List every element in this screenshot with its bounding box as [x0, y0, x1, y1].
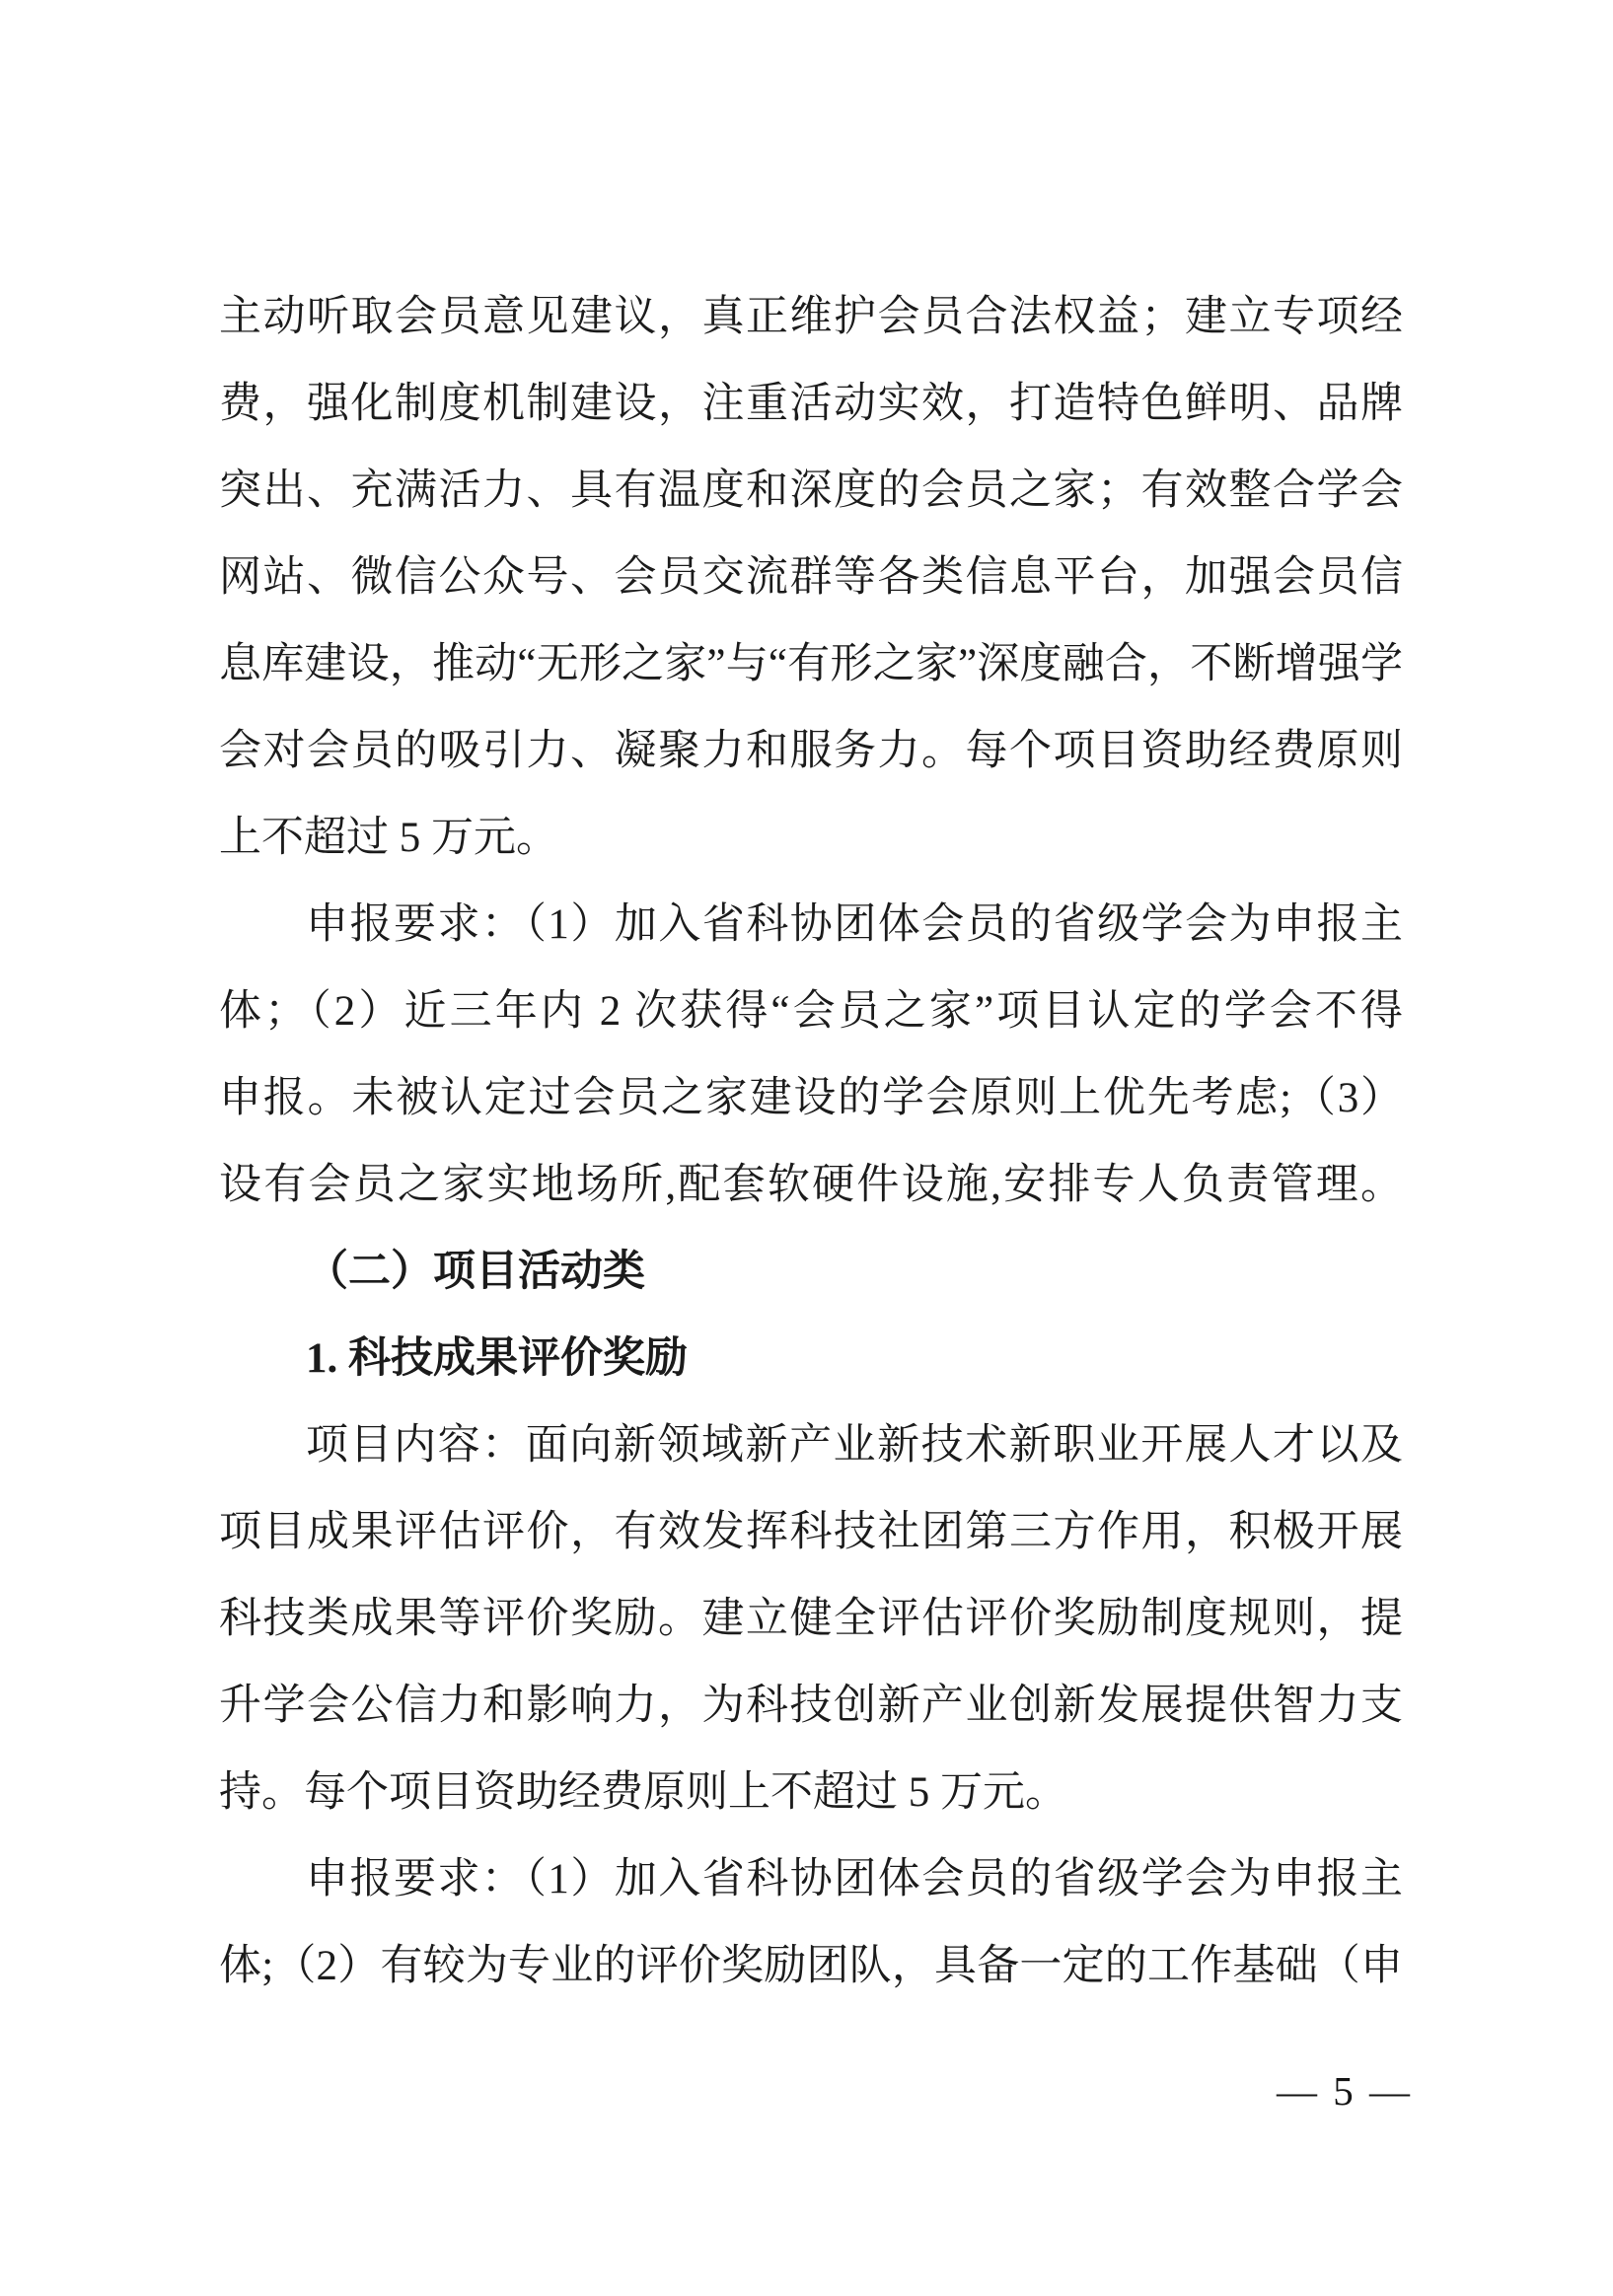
- body-line: 网站、微信公众号、会员交流群等各类信息平台，加强会员信: [219, 535, 1403, 621]
- body-line: 设有会员之家实地场所,配套软硬件设施,安排专人负责管理。: [219, 1142, 1403, 1229]
- document-body: 主动听取会员意见建议，真正维护会员合法权益；建立专项经 费，强化制度机制建设，注…: [219, 274, 1403, 2010]
- page-number: — 5 —: [1277, 2068, 1413, 2114]
- document-page: 主动听取会员意见建议，真正维护会员合法权益；建立专项经 费，强化制度机制建设，注…: [0, 0, 1613, 2296]
- page-footer: — 5 —: [1277, 2071, 1413, 2112]
- body-line: 会对会员的吸引力、凝聚力和服务力。每个项目资助经费原则: [219, 708, 1403, 795]
- body-line: 申报。未被认定过会员之家建设的学会原则上优先考虑;（3）: [219, 1055, 1403, 1142]
- paragraph-application-requirements-1: 申报要求：（1）加入省科协团体会员的省级学会为申报主 体；（2）近三年内 2 次…: [219, 882, 1403, 1229]
- body-line: 上不超过 5 万元。: [219, 795, 1403, 882]
- body-line: 主动听取会员意见建议，真正维护会员合法权益；建立专项经: [219, 274, 1403, 361]
- paragraph-project-content: 项目内容：面向新领域新产业新技术新职业开展人才以及 项目成果评估评价，有效发挥科…: [219, 1402, 1403, 1836]
- body-line: 持。每个项目资助经费原则上不超过 5 万元。: [219, 1750, 1403, 1836]
- body-line: 体;（2）有较为专业的评价奖励团队，具备一定的工作基础（申: [219, 1923, 1403, 2010]
- paragraph-member-home: 主动听取会员意见建议，真正维护会员合法权益；建立专项经 费，强化制度机制建设，注…: [219, 274, 1403, 882]
- body-line: 申报要求：（1）加入省科协团体会员的省级学会为申报主: [219, 1836, 1403, 1923]
- body-line: 息库建设，推动“无形之家”与“有形之家”深度融合，不断增强学: [219, 621, 1403, 708]
- body-line: 项目内容：面向新领域新产业新技术新职业开展人才以及: [219, 1402, 1403, 1489]
- body-line: 项目成果评估评价，有效发挥科技社团第三方作用，积极开展: [219, 1489, 1403, 1576]
- body-line: 科技类成果等评价奖励。建立健全评估评价奖励制度规则，提: [219, 1576, 1403, 1663]
- body-line: 突出、充满活力、具有温度和深度的会员之家；有效整合学会: [219, 448, 1403, 535]
- item-heading-sci-tech-achievement-award: 1. 科技成果评价奖励: [219, 1316, 1403, 1402]
- body-line: 申报要求：（1）加入省科协团体会员的省级学会为申报主: [219, 882, 1403, 969]
- section-heading-project-activities: （二）项目活动类: [219, 1229, 1403, 1316]
- body-line: 费，强化制度机制建设，注重活动实效，打造特色鲜明、品牌: [219, 361, 1403, 448]
- body-line: 体；（2）近三年内 2 次获得“会员之家”项目认定的学会不得: [219, 969, 1403, 1055]
- body-line: 升学会公信力和影响力，为科技创新产业创新发展提供智力支: [219, 1663, 1403, 1750]
- paragraph-application-requirements-2: 申报要求：（1）加入省科协团体会员的省级学会为申报主 体;（2）有较为专业的评价…: [219, 1836, 1403, 2010]
